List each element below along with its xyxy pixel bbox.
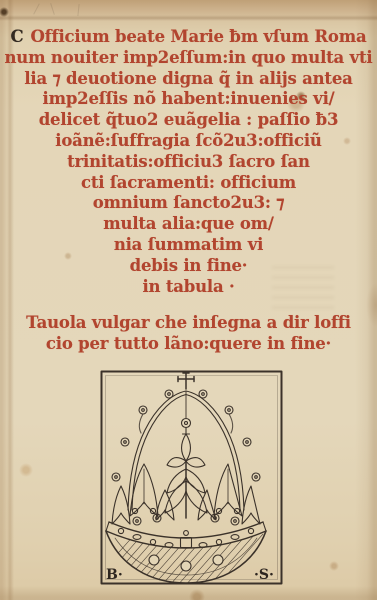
tavola-line: cio per tutto lãno:quere in fine· xyxy=(0,334,377,355)
title-line: omnium ſancto2u3: ⁊ xyxy=(0,193,377,214)
woodcut-monogram-left: B· xyxy=(106,567,123,583)
title-line: imp2eſſis nõ habent:inuenies vi/ xyxy=(0,89,377,110)
book-page: COfficium beate Marie ƀm vſum Roma num n… xyxy=(0,0,377,600)
title-line: lia ⁊ deuotione digna q̃ in alijs antea xyxy=(0,69,377,90)
title-line: delicet q̃tuo2 euãgelia : paſſio ƀ3 xyxy=(0,110,377,131)
tavola-note: Tauola vulgar che inſegna a dir loffi ci… xyxy=(0,313,377,355)
title-line: nia ſummatim vi xyxy=(0,235,377,256)
title-line-text: Officium beate Marie ƀm vſum Roma xyxy=(30,27,366,46)
title-line: multa alia:que om/ xyxy=(0,214,377,235)
title-line: trinitatis:officiu3 ſacro ſan xyxy=(0,152,377,173)
title-line: cti ſacramenti: officium xyxy=(0,173,377,194)
title-line: ioãnẽ:ſuffragia ſcõ2u3:officiũ xyxy=(0,131,377,152)
crown-woodcut: B· ·S· xyxy=(99,368,284,588)
woodcut-monogram-right: ·S· xyxy=(254,567,274,583)
verso-show-through xyxy=(272,266,334,314)
tavola-line: Tauola vulgar che inſegna a dir loffi xyxy=(0,313,377,334)
paragraph-mark: C xyxy=(11,27,24,46)
title-line: COfficium beate Marie ƀm vſum Roma xyxy=(0,27,377,48)
crown-woodcut-image: B· ·S· xyxy=(99,368,284,588)
title-line: num nouiter imp2eſſum:in quo multa vti xyxy=(0,48,377,69)
title-block: COfficium beate Marie ƀm vſum Roma num n… xyxy=(0,0,377,297)
